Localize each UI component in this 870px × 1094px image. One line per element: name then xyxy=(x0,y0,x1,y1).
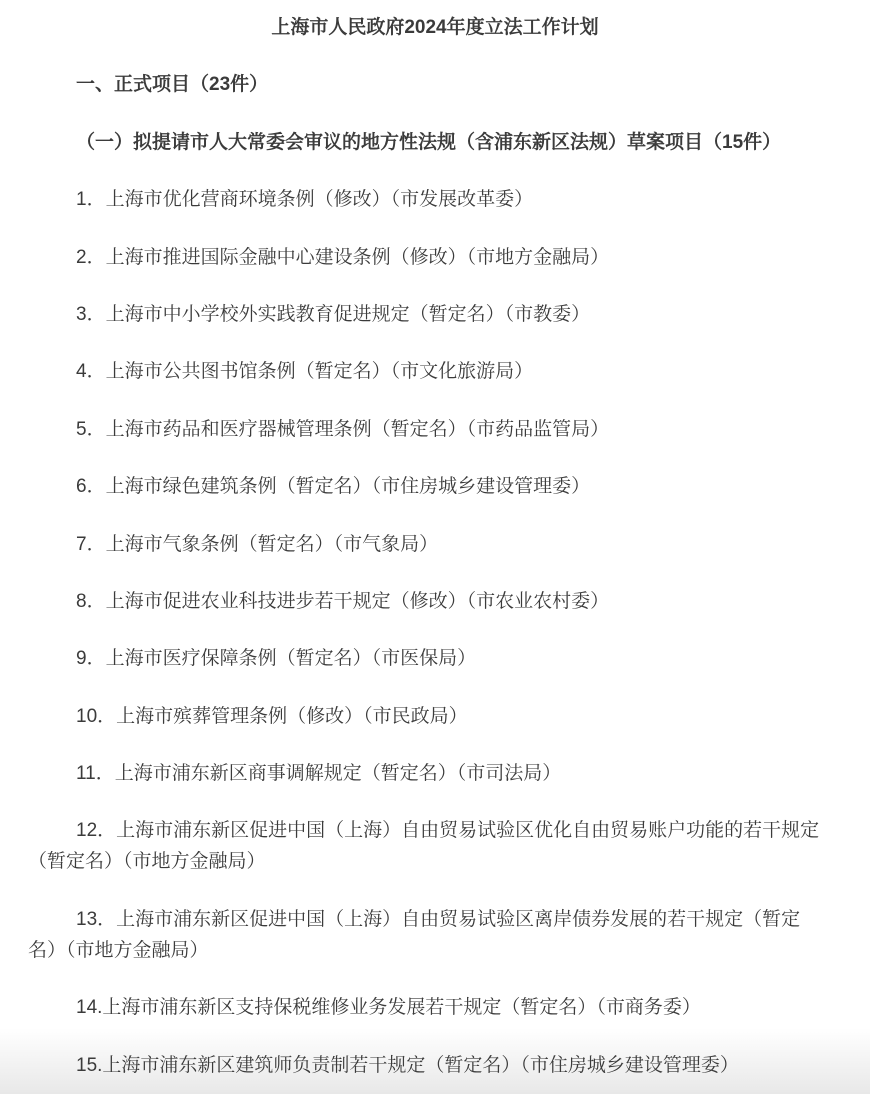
legislation-item-5: 5．上海市药品和医疗器械管理条例（暂定名）（市药品监管局） xyxy=(28,414,842,445)
legislation-item-11: 11．上海市浦东新区商事调解规定（暂定名）（市司法局） xyxy=(28,758,842,789)
legislation-item-6: 6．上海市绿色建筑条例（暂定名）（市住房城乡建设管理委） xyxy=(28,471,842,502)
legislation-item-3: 3．上海市中小学校外实践教育促进规定（暂定名）（市教委） xyxy=(28,299,842,330)
section-heading: 一、正式项目（23件） xyxy=(28,69,842,100)
document-content: 上海市人民政府2024年度立法工作计划 一、正式项目（23件） （一）拟提请市人… xyxy=(0,0,870,1081)
legislation-item-4: 4．上海市公共图书馆条例（暂定名）（市文化旅游局） xyxy=(28,356,842,387)
document-page: 上海市人民政府2024年度立法工作计划 一、正式项目（23件） （一）拟提请市人… xyxy=(0,0,870,1094)
legislation-item-14: 14.上海市浦东新区支持保税维修业务发展若干规定（暂定名）（市商务委） xyxy=(28,992,842,1023)
legislation-item-13: 13．上海市浦东新区促进中国（上海）自由贸易试验区离岸债券发展的若干规定（暂定名… xyxy=(28,904,842,966)
legislation-item-10: 10．上海市殡葬管理条例（修改）（市民政局） xyxy=(28,701,842,732)
legislation-item-12: 12．上海市浦东新区促进中国（上海）自由贸易试验区优化自由贸易账户功能的若干规定… xyxy=(28,815,842,877)
legislation-item-1: 1．上海市优化营商环境条例（修改）（市发展改革委） xyxy=(28,184,842,215)
legislation-item-2: 2．上海市推进国际金融中心建设条例（修改）（市地方金融局） xyxy=(28,242,842,273)
legislation-item-8: 8．上海市促进农业科技进步若干规定（修改）（市农业农村委） xyxy=(28,586,842,617)
legislation-item-7: 7．上海市气象条例（暂定名）（市气象局） xyxy=(28,529,842,560)
legislation-item-15: 15.上海市浦东新区建筑师负责制若干规定（暂定名）（市住房城乡建设管理委） xyxy=(28,1050,842,1081)
subsection-heading: （一）拟提请市人大常委会审议的地方性法规（含浦东新区法规）草案项目（15件） xyxy=(28,127,842,158)
legislation-item-9: 9．上海市医疗保障条例（暂定名）（市医保局） xyxy=(28,643,842,674)
document-title: 上海市人民政府2024年度立法工作计划 xyxy=(28,12,842,43)
